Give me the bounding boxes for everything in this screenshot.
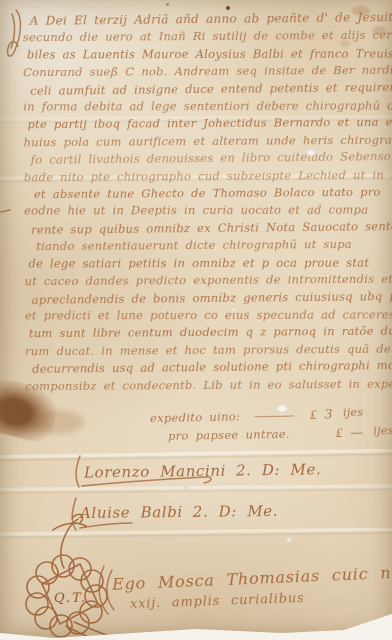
manuscript-body: A Dei El terzij Adriã añd anno ab peañte… (13, 10, 391, 396)
signature-lorenzo-mancini: Lorenzo Mancini2. D: Me. (84, 460, 322, 481)
expense-line: pro papsee untrae.₤ —ijes (168, 424, 392, 444)
expense-unit: ijes (373, 424, 392, 437)
seal-monogram: Q.T. (54, 591, 87, 606)
expense-label: pro papsee untrae. (168, 427, 290, 443)
paper-hole (286, 537, 292, 542)
manuscript-line: eodne hie ut in Deeptis in curia uocato … (14, 202, 389, 220)
manuscript-line: secundo die uero at Inañ Ri sutilij de c… (13, 27, 388, 47)
paper-hole (231, 307, 237, 312)
expense-unit: ijes (343, 406, 364, 419)
notary-attestation-line1: Ego Mosca Thomasias cuic nodris (112, 561, 392, 594)
fold-crease (0, 484, 392, 495)
manuscript-line: biles as Lauentis Mauroe Aloysius Balbi … (13, 45, 388, 63)
ink-stain-halo (28, 410, 84, 434)
signature-name: Lorenzo Mancini (84, 462, 226, 482)
signature-suffix: 2. D: Me. (236, 460, 322, 479)
ink-speck (166, 3, 169, 6)
notary-attestation-line2: xxij. amplis curialibus (130, 591, 305, 612)
manuscript-line: et predicti et lune potuero co eius spec… (15, 306, 390, 324)
expense-line: expedito uino:————₤ 3ijes (150, 406, 364, 426)
margin-dash-icon (1, 210, 10, 212)
expense-amount-lire: ₤ 3 (310, 406, 333, 422)
expense-label: expedito uino: (150, 409, 240, 425)
manuscript-line: in forma debita ad lege sententiori debe… (13, 98, 388, 116)
expense-amount-lire: ₤ — (336, 425, 364, 441)
paper-hole (276, 404, 288, 413)
fold-crease (0, 449, 392, 462)
paper-hole (306, 149, 316, 156)
ink-speck (226, 6, 230, 10)
paper-hole (184, 486, 189, 490)
fold-crease (0, 528, 392, 540)
paper-sheet: A Dei El terzij Adriã añd anno ab peañte… (0, 0, 392, 640)
manuscript-line: de lege satiari petitis in omnibz et p o… (14, 254, 389, 272)
manuscript-line: tiando sententiauerunt dicte chirographũ… (14, 236, 389, 256)
signature-name: Aluise Balbi (80, 503, 183, 522)
signature-aluise-balbi: Aluise Balbi2. D: Me. (80, 502, 278, 522)
manuscript-line: componsibz et condecentb. Lib ut in eo s… (15, 375, 390, 395)
signature-suffix: 2. D: Me. (193, 502, 279, 521)
manuscript-photo: A Dei El terzij Adriã añd anno ab peañte… (0, 0, 392, 640)
